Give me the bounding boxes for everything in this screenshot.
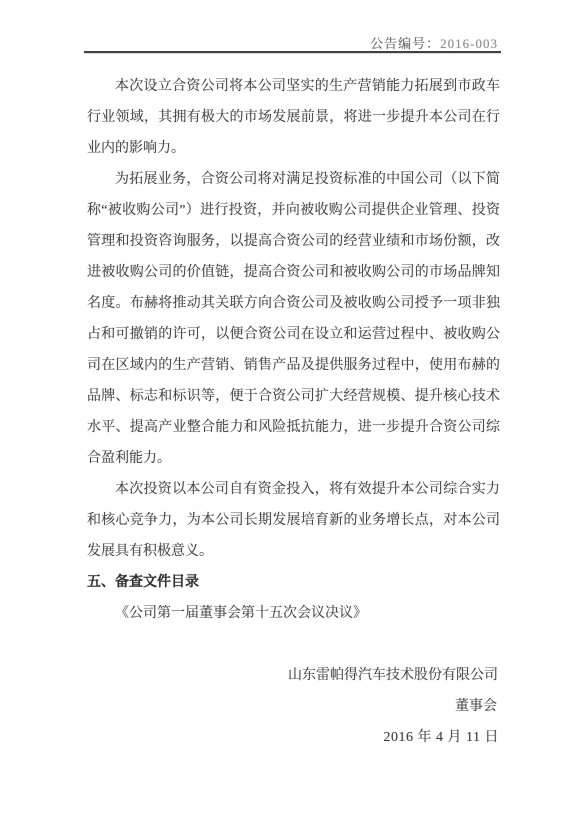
body-paragraph: 本次投资以本公司自有资金投入，将有效提升本公司综合实力和核心竞争力，为本公司长期… <box>87 474 500 567</box>
header-divider <box>84 51 501 53</box>
body-paragraphs: 本次设立合资公司将本公司坚实的生产营销能力拓展到市政车行业领域，其拥有极大的市场… <box>87 71 500 567</box>
announcement-number-label: 公告编号： <box>370 36 440 51</box>
reference-document-title: 《公司第一届董事会第十五次会议决议》 <box>87 598 500 629</box>
body-paragraph: 本次设立合资公司将本公司坚实的生产营销能力拓展到市政车行业领域，其拥有极大的市场… <box>87 71 500 164</box>
section-heading: 五、备查文件目录 <box>87 567 500 598</box>
announcement-number: 公告编号：2016-003 <box>370 33 498 52</box>
document-page: 公告编号：2016-003 本次设立合资公司将本公司坚实的生产营销能力拓展到市政… <box>0 0 588 833</box>
signature-block: 山东雷帕得汽车技术股份有限公司 董事会 2016 年 4 月 11 日 <box>87 660 500 753</box>
reference-document-list: 《公司第一届董事会第十五次会议决议》 <box>87 598 500 629</box>
company-name: 山东雷帕得汽车技术股份有限公司 <box>87 660 500 691</box>
body-paragraph: 为拓展业务，合资公司将对满足投资标准的中国公司（以下简称“被收购公司”）进行投资… <box>87 164 500 474</box>
document-body: 本次设立合资公司将本公司坚实的生产营销能力拓展到市政车行业领域，其拥有极大的市场… <box>87 71 500 753</box>
signer-name: 董事会 <box>87 691 500 722</box>
announcement-number-value: 2016-003 <box>440 36 498 51</box>
signature-date: 2016 年 4 月 11 日 <box>87 722 500 753</box>
